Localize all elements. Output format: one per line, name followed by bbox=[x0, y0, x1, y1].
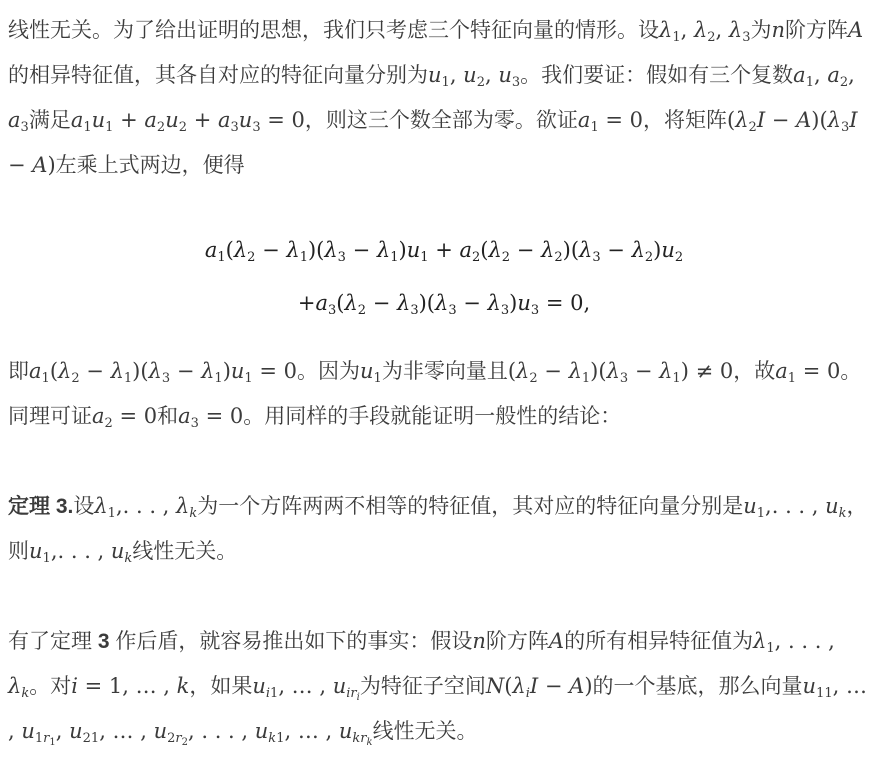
text-run: 3 bbox=[338, 250, 346, 265]
text-run: n bbox=[472, 629, 486, 653]
text-run: , . . . , bbox=[188, 719, 255, 743]
text-run: )( bbox=[811, 108, 827, 132]
text-run: 的相异特征值，其各自对应的特征向量分别为 bbox=[8, 64, 428, 87]
equation-line-2: +a3(λ2 − λ3)(λ3 − λ3)u3 = 0, bbox=[8, 277, 880, 330]
text-run: A bbox=[569, 674, 584, 698]
text-run: 1 bbox=[420, 250, 428, 265]
text-run: 为一个方阵两两不相等的特征值，其对应的特征向量分别是 bbox=[197, 495, 743, 518]
text-run: ) bbox=[584, 674, 592, 698]
text-run: λ bbox=[607, 359, 620, 383]
text-run: λ bbox=[753, 629, 766, 653]
text-run: )( bbox=[419, 291, 435, 315]
text-run: u bbox=[231, 359, 245, 383]
text-run: 1 bbox=[672, 371, 680, 386]
text-run: 2 bbox=[502, 250, 510, 265]
text-run: 3 bbox=[512, 75, 520, 90]
text-run: , bbox=[56, 719, 69, 743]
text-run: u bbox=[743, 494, 757, 518]
text-run: λ bbox=[512, 674, 525, 698]
paragraph-a1-conclusion: 即a1(λ2 − λ1)(λ3 − λ1)u1 = 0。因为u1为非零向量且(λ… bbox=[8, 349, 880, 439]
text-run: )( bbox=[132, 359, 148, 383]
text-run: 1 bbox=[108, 506, 116, 521]
text-run: 3 bbox=[231, 120, 239, 135]
text-run: λ bbox=[694, 18, 707, 42]
text-run: n bbox=[772, 18, 786, 42]
text-run: λ bbox=[729, 18, 742, 42]
text-run: 1 bbox=[390, 250, 398, 265]
text-run: A bbox=[32, 153, 47, 177]
text-run: )( bbox=[590, 359, 606, 383]
text-run: a bbox=[71, 108, 84, 132]
text-run: 3 bbox=[841, 120, 849, 135]
text-run: a bbox=[459, 238, 472, 262]
text-run: λ bbox=[541, 238, 554, 262]
text-run: I bbox=[757, 108, 765, 132]
text-run: 1 bbox=[43, 551, 51, 566]
text-run: − bbox=[628, 359, 659, 383]
text-run: u bbox=[360, 359, 374, 383]
text-run: λ bbox=[632, 238, 645, 262]
text-run: u bbox=[339, 719, 353, 743]
text-run: = 0 bbox=[253, 359, 297, 383]
paragraph-proof-setup: 线性无关。为了给出证明的思想，我们只考虑三个特征向量的情形。设λ1, λ2, λ… bbox=[8, 8, 880, 188]
text-run: 的所有相异特征值为 bbox=[564, 630, 753, 653]
text-run: 2 bbox=[179, 120, 187, 135]
text-run: λ bbox=[569, 359, 582, 383]
text-run: 3 bbox=[98, 630, 110, 653]
text-run: 1 bbox=[757, 506, 765, 521]
text-run: , bbox=[450, 63, 463, 87]
text-run: 2 bbox=[477, 75, 485, 90]
text-run: ( bbox=[226, 238, 234, 262]
text-run: − bbox=[601, 238, 632, 262]
text-run: u bbox=[239, 108, 253, 132]
text-run: 定理 3. bbox=[8, 495, 73, 518]
text-run: λ bbox=[176, 494, 189, 518]
text-run: 的一个基底，那么向量 bbox=[593, 675, 803, 698]
text-run: 1 bbox=[83, 120, 91, 135]
text-run: 为特征子空间 bbox=[360, 675, 486, 698]
text-run: 阶方阵 bbox=[785, 19, 848, 42]
text-run: 2 bbox=[840, 75, 848, 90]
text-run: u bbox=[21, 719, 35, 743]
text-run: u bbox=[661, 238, 675, 262]
text-run: , … , bbox=[278, 674, 332, 698]
text-run: a bbox=[827, 63, 840, 87]
text-run: − bbox=[255, 238, 286, 262]
text-run: u bbox=[333, 674, 347, 698]
text-run: 线性无关。 bbox=[132, 540, 237, 563]
text-run: 1 bbox=[766, 641, 774, 656]
text-run: 。对 bbox=[29, 675, 71, 698]
text-run: 1 bbox=[35, 731, 43, 746]
text-run: − bbox=[538, 674, 569, 698]
text-run: I bbox=[530, 674, 538, 698]
text-run: 1 bbox=[124, 371, 132, 386]
text-run: λ bbox=[149, 359, 162, 383]
text-run: 线性无关。 bbox=[373, 720, 478, 743]
text-run: , bbox=[716, 18, 729, 42]
text-run: λ bbox=[488, 238, 501, 262]
text-run: u bbox=[255, 719, 269, 743]
text-run: 2 bbox=[675, 250, 683, 265]
text-run: u bbox=[154, 719, 168, 743]
text-run: 1 bbox=[442, 75, 450, 90]
text-run: 1 bbox=[788, 371, 796, 386]
text-run: 2 bbox=[71, 371, 79, 386]
text-run: 2 bbox=[157, 120, 165, 135]
text-run: 3 bbox=[742, 30, 750, 45]
text-run: 3 bbox=[448, 303, 456, 318]
text-run: u bbox=[111, 539, 125, 563]
text-run: λ bbox=[659, 359, 672, 383]
text-run: − bbox=[457, 291, 488, 315]
text-run: = 0, bbox=[539, 291, 590, 315]
display-equation: a1(λ2 − λ1)(λ3 − λ1)u1 + a2(λ2 − λ2)(λ3 … bbox=[8, 224, 880, 330]
text-run: 和 bbox=[157, 405, 178, 428]
text-run: λ bbox=[344, 291, 357, 315]
text-run: ) bbox=[223, 359, 231, 383]
text-run: a bbox=[205, 238, 218, 262]
text-run: a bbox=[29, 359, 42, 383]
text-run: 3 bbox=[252, 120, 260, 135]
text-run: 3 bbox=[162, 371, 170, 386]
text-run: − bbox=[8, 153, 32, 177]
text-run: 。我们要证：假如有三个复数 bbox=[520, 64, 793, 87]
text-run: − bbox=[538, 359, 569, 383]
text-run: ,. . . , bbox=[116, 494, 176, 518]
text-run: ) ≠ 0 bbox=[681, 359, 734, 383]
text-run: , bbox=[681, 18, 694, 42]
text-run: 1 bbox=[672, 30, 680, 45]
text-run: A bbox=[848, 18, 863, 42]
text-run: = 0 bbox=[599, 108, 643, 132]
text-run: λ bbox=[397, 291, 410, 315]
text-run: u bbox=[69, 719, 83, 743]
text-run: ,. . . , bbox=[765, 494, 825, 518]
text-run: 满足 bbox=[29, 109, 71, 132]
text-run: u bbox=[517, 291, 531, 315]
text-run: 3 bbox=[501, 303, 509, 318]
text-run: λ bbox=[324, 238, 337, 262]
text-run: 1 bbox=[374, 371, 382, 386]
text-run: λ bbox=[111, 359, 124, 383]
text-run: 即 bbox=[8, 360, 29, 383]
text-run: , … , bbox=[284, 719, 338, 743]
text-run: λ bbox=[201, 359, 214, 383]
text-run: 左乘上式两边，便得 bbox=[56, 154, 245, 177]
text-run: + bbox=[429, 238, 460, 262]
text-run: 有了定理 bbox=[8, 630, 98, 653]
text-run: = 1, … , bbox=[78, 674, 177, 698]
text-run: 1 bbox=[582, 371, 590, 386]
text-run: λ bbox=[488, 291, 501, 315]
text-run: λ bbox=[94, 494, 107, 518]
text-run: u bbox=[29, 539, 43, 563]
text-run: − bbox=[510, 238, 541, 262]
paragraph-theorem-3: 定理 3.设λ1,. . . , λk为一个方阵两两不相等的特征值，其对应的特征… bbox=[8, 484, 880, 574]
text-run: 线性无关。为了给出证明的思想，我们只考虑三个特征向量的情形。设 bbox=[8, 19, 659, 42]
text-run: u bbox=[498, 63, 512, 87]
text-run: 设 bbox=[73, 495, 94, 518]
text-run: − bbox=[80, 359, 111, 383]
text-run: + bbox=[187, 108, 218, 132]
text-run: 1 bbox=[244, 371, 252, 386]
text-run: + bbox=[298, 291, 316, 315]
text-run: 2 bbox=[358, 303, 366, 318]
text-run: 1 bbox=[300, 250, 308, 265]
text-run: )( bbox=[308, 238, 324, 262]
text-run: a bbox=[144, 108, 157, 132]
document-page: 线性无关。为了给出证明的思想，我们只考虑三个特征向量的情形。设λ1, λ2, λ… bbox=[0, 0, 888, 754]
text-run: − bbox=[366, 291, 397, 315]
text-run: A bbox=[549, 629, 564, 653]
text-run: 3 bbox=[410, 303, 418, 318]
text-run: a bbox=[92, 404, 105, 428]
text-run: ) bbox=[47, 153, 55, 177]
text-run: a bbox=[578, 108, 591, 132]
text-run: 11 bbox=[816, 686, 833, 701]
text-run: a bbox=[178, 404, 191, 428]
text-run: u bbox=[92, 108, 106, 132]
text-run: , … , bbox=[99, 719, 153, 743]
text-run: ，将矩阵 bbox=[643, 109, 727, 132]
text-run: = 0 bbox=[113, 404, 157, 428]
text-run: )( bbox=[563, 238, 579, 262]
text-run: u bbox=[825, 494, 839, 518]
text-run: a bbox=[793, 63, 806, 87]
text-run: i bbox=[71, 674, 78, 698]
equation-line-1: a1(λ2 − λ1)(λ3 − λ1)u1 + a2(λ2 − λ2)(λ3 … bbox=[8, 224, 880, 277]
text-run: k bbox=[177, 674, 190, 698]
text-run: λ bbox=[435, 291, 448, 315]
text-run: λ bbox=[828, 108, 841, 132]
text-run: = 0 bbox=[199, 404, 243, 428]
text-run: ,. . . , bbox=[51, 539, 111, 563]
text-run: N bbox=[486, 674, 504, 698]
text-run: = 0 bbox=[796, 359, 840, 383]
text-run: a bbox=[315, 291, 328, 315]
text-run: ( bbox=[50, 359, 58, 383]
text-run: λ bbox=[8, 674, 21, 698]
text-run: u bbox=[803, 674, 817, 698]
text-run: λ bbox=[286, 238, 299, 262]
text-run: u bbox=[165, 108, 179, 132]
text-run: u bbox=[428, 63, 442, 87]
text-run: a bbox=[218, 108, 231, 132]
text-run: 阶方阵 bbox=[486, 630, 549, 653]
text-run: 2 bbox=[749, 120, 757, 135]
paragraph-corollary: 有了定理 3 作后盾，就容易推出如下的事实：假设n阶方阵A的所有相异特征值为λ1… bbox=[8, 619, 880, 754]
text-run: a bbox=[8, 108, 21, 132]
text-run: + bbox=[113, 108, 144, 132]
text-run: k bbox=[839, 506, 847, 521]
text-run: 1 bbox=[42, 371, 50, 386]
text-run: a bbox=[775, 359, 788, 383]
text-run: u bbox=[463, 63, 477, 87]
text-run: I bbox=[849, 108, 857, 132]
text-run: 1 bbox=[217, 250, 225, 265]
text-run: 。用同样的手段就能证明一般性的结论： bbox=[243, 405, 621, 428]
text-run: 为 bbox=[751, 19, 772, 42]
text-run: 3 bbox=[21, 120, 29, 135]
text-run: A bbox=[796, 108, 811, 132]
text-run: ) bbox=[399, 238, 407, 262]
text-run: 1 bbox=[806, 75, 814, 90]
text-run: k bbox=[268, 731, 276, 746]
text-run: 。因为 bbox=[297, 360, 360, 383]
text-run: ，如果 bbox=[189, 675, 252, 698]
text-run: ，故 bbox=[733, 360, 775, 383]
text-run: 2 bbox=[645, 250, 653, 265]
text-run: = 0 bbox=[261, 108, 305, 132]
text-run: 3 bbox=[620, 371, 628, 386]
text-run: 21 bbox=[83, 731, 100, 746]
text-run: 2 bbox=[529, 371, 537, 386]
text-run: 3 bbox=[191, 416, 199, 431]
text-run: , bbox=[814, 63, 827, 87]
text-run: λ bbox=[659, 18, 672, 42]
text-run: λ bbox=[516, 359, 529, 383]
text-run: λ bbox=[234, 238, 247, 262]
text-run: ，则这三个数全部为零。欲证 bbox=[305, 109, 578, 132]
text-run: 1 bbox=[214, 371, 222, 386]
text-run: 为非零向量且 bbox=[382, 360, 508, 383]
text-run: , bbox=[485, 63, 498, 87]
text-run: u bbox=[252, 674, 266, 698]
text-run: − bbox=[765, 108, 796, 132]
text-run: 2 bbox=[707, 30, 715, 45]
text-run: 3 bbox=[531, 303, 539, 318]
text-run: λ bbox=[377, 238, 390, 262]
text-run: 作后盾，就容易推出如下的事实：假设 bbox=[110, 630, 473, 653]
text-run: λ bbox=[735, 108, 748, 132]
text-run: ( bbox=[508, 359, 516, 383]
text-run: 2 bbox=[105, 416, 113, 431]
text-run: ( bbox=[727, 108, 735, 132]
text-run: λ bbox=[579, 238, 592, 262]
text-run: 3 bbox=[592, 250, 600, 265]
text-run: − bbox=[170, 359, 201, 383]
text-run: 1 bbox=[590, 120, 598, 135]
text-run: 2 bbox=[554, 250, 562, 265]
text-run: , bbox=[848, 63, 855, 87]
text-run: − bbox=[346, 238, 377, 262]
text-run: λ bbox=[58, 359, 71, 383]
text-run: u bbox=[407, 238, 421, 262]
text-run: , . . . , bbox=[775, 629, 835, 653]
